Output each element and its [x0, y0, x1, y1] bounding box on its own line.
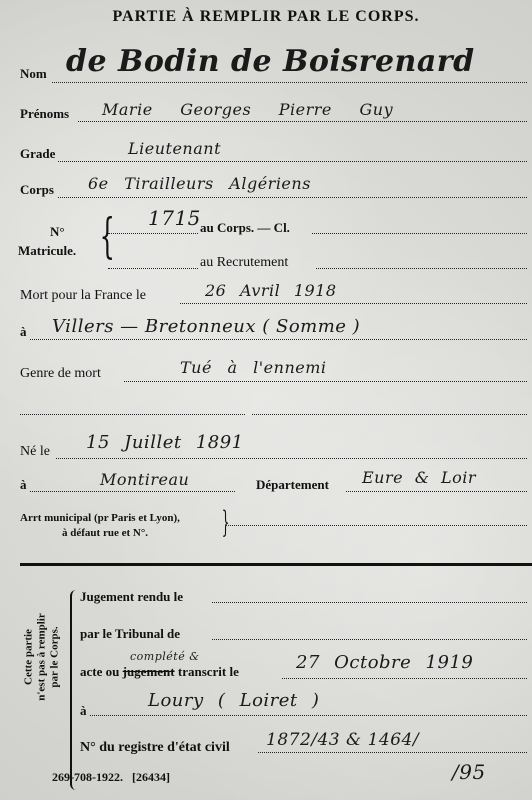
transcrit-suffix: transcrit le — [178, 664, 239, 679]
nom-value: de Bodin de Boisrenard — [66, 44, 475, 79]
extra-line-left — [20, 414, 245, 415]
mort-value: 26 Avril 1918 — [205, 281, 337, 300]
recrutement-label: au Recrutement — [200, 255, 288, 271]
classe-line — [312, 233, 527, 234]
arrondissement-label-1: Arrt municipal (pr Paris et Lyon), — [20, 512, 180, 524]
prenoms-value: Marie Georges Pierre Guy — [102, 100, 393, 119]
mort-label: Mort pour la France le — [20, 288, 146, 304]
lieu-mort-line — [30, 339, 527, 340]
registre-line — [258, 752, 527, 753]
departement-line — [346, 491, 527, 492]
transcrit-struck-word: jugement — [123, 664, 175, 679]
genre-mort-value: Tué à l'ennemi — [180, 358, 327, 377]
matricule-brace: { — [100, 212, 115, 260]
ne-a-value: Montireau — [100, 470, 189, 489]
genre-mort-label: Genre de mort — [20, 366, 101, 382]
jugement-line — [212, 602, 527, 603]
tribunal-line — [212, 639, 527, 640]
matricule-no-label: N° — [50, 224, 65, 240]
departement-value: Eure & Loir — [362, 468, 476, 487]
form-title: PARTIE À REMPLIR PAR LE CORPS. — [0, 8, 532, 26]
registre-value: 1872/43 & 1464/ — [266, 730, 419, 750]
au-corps-line — [108, 233, 198, 234]
nom-line — [52, 82, 527, 83]
side-note: Cette partie n'est pas à remplir par le … — [14, 598, 70, 716]
arrondissement-label-2: à défaut rue et N°. — [62, 527, 148, 539]
lieu-mort-value: Villers — Bretonneux ( Somme ) — [52, 316, 360, 337]
recrutement-line-left — [108, 268, 198, 269]
print-reference: 269-708-1922. [26434] — [52, 770, 170, 785]
au-corps-label: au Corps. — Cl. — [200, 220, 290, 236]
side-note-line-2: n'est pas à remplir — [36, 613, 49, 701]
lower-section-brace — [70, 590, 78, 790]
arrondissement-line — [226, 525, 527, 526]
prenoms-label: Prénoms — [20, 106, 69, 122]
registre-label: N° du registre d'état civil — [80, 740, 230, 756]
grade-value: Lieutenant — [128, 139, 221, 158]
transcrit-annotation: complété & — [130, 650, 200, 663]
lieu-mort-label: à — [20, 324, 27, 340]
transcrit-prefix: acte ou — [80, 664, 119, 679]
jugement-label: Jugement rendu le — [80, 589, 183, 605]
matricule-label: Matricule. — [18, 243, 76, 259]
side-note-line-1: Cette partie — [23, 613, 36, 701]
extra-line-right — [252, 414, 527, 415]
lieu-transcrit-line — [90, 715, 527, 716]
tribunal-label: par le Tribunal de — [80, 626, 180, 642]
lieu-transcrit-value: Loury ( Loiret ) — [148, 690, 319, 711]
section-divider — [20, 563, 532, 566]
ne-le-label: Né le — [20, 444, 50, 460]
side-note-line-3: par le Corps. — [49, 613, 62, 701]
ne-le-value: 15 Juillet 1891 — [86, 432, 244, 453]
genre-mort-line — [124, 381, 527, 382]
transcrit-value: 27 Octobre 1919 — [296, 652, 473, 673]
corps-value: 6e Tirailleurs Algériens — [88, 174, 311, 193]
departement-label: Département — [256, 477, 329, 493]
recrutement-line-right — [316, 268, 527, 269]
arrondissement-brace: } — [222, 508, 230, 538]
prenoms-line — [78, 121, 527, 122]
transcrit-line — [282, 678, 527, 679]
grade-line — [58, 161, 527, 162]
ne-le-line — [56, 458, 527, 459]
mort-line — [180, 303, 527, 304]
grade-label: Grade — [20, 146, 55, 162]
au-corps-value: 1715 — [148, 206, 201, 230]
ne-a-label: à — [20, 477, 27, 493]
corps-line — [58, 197, 527, 198]
death-record-card: PARTIE À REMPLIR PAR LE CORPS. Nom de Bo… — [0, 0, 532, 800]
nom-label: Nom — [20, 66, 47, 82]
corps-label: Corps — [20, 182, 54, 198]
registre-value-extra: /95 — [452, 760, 486, 784]
transcrit-label: acte ou jugement transcrit le — [80, 664, 239, 680]
lieu-transcrit-label: à — [80, 703, 87, 719]
ne-a-line — [30, 491, 235, 492]
